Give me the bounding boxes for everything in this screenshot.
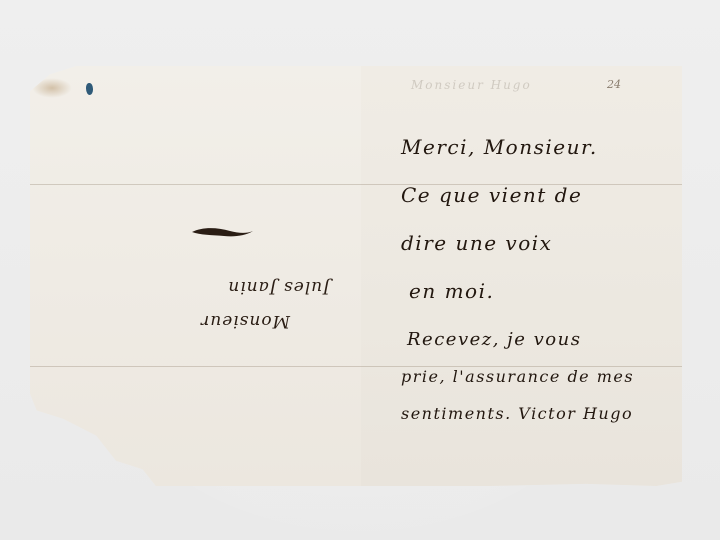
address-line: Jules Janin — [100, 277, 330, 297]
fold-line-upper — [30, 184, 361, 185]
letter-line: Recevez, je vous — [401, 328, 671, 351]
letter-line: en moi. — [401, 280, 671, 303]
letter-left-page: Monsieur Jules Janin — [30, 66, 361, 486]
letter-sheet: Monsieur Jules Janin Monsieur Hugo 24 Me… — [30, 66, 682, 486]
letter-line-salutation: Merci, Monsieur. — [401, 136, 671, 159]
pencil-annotation: Monsieur Hugo — [411, 78, 532, 92]
paper-stain — [32, 78, 72, 98]
letter-line-signature: sentiments. Victor Hugo — [401, 402, 671, 425]
address-block: Monsieur Jules Janin — [100, 221, 330, 331]
letter-body: Merci, Monsieur. Ce que vient de dire un… — [401, 136, 671, 439]
fold-line-lower — [30, 366, 361, 367]
folio-number: 24 — [607, 78, 621, 91]
address-line: Monsieur — [100, 311, 330, 331]
letter-right-page: Monsieur Hugo 24 Merci, Monsieur. Ce que… — [361, 66, 682, 486]
letter-line: prie, l'assurance de mes — [401, 365, 671, 388]
ink-blot — [86, 83, 93, 95]
letter-line: dire une voix — [401, 232, 671, 255]
letter-line: Ce que vient de — [401, 184, 671, 207]
